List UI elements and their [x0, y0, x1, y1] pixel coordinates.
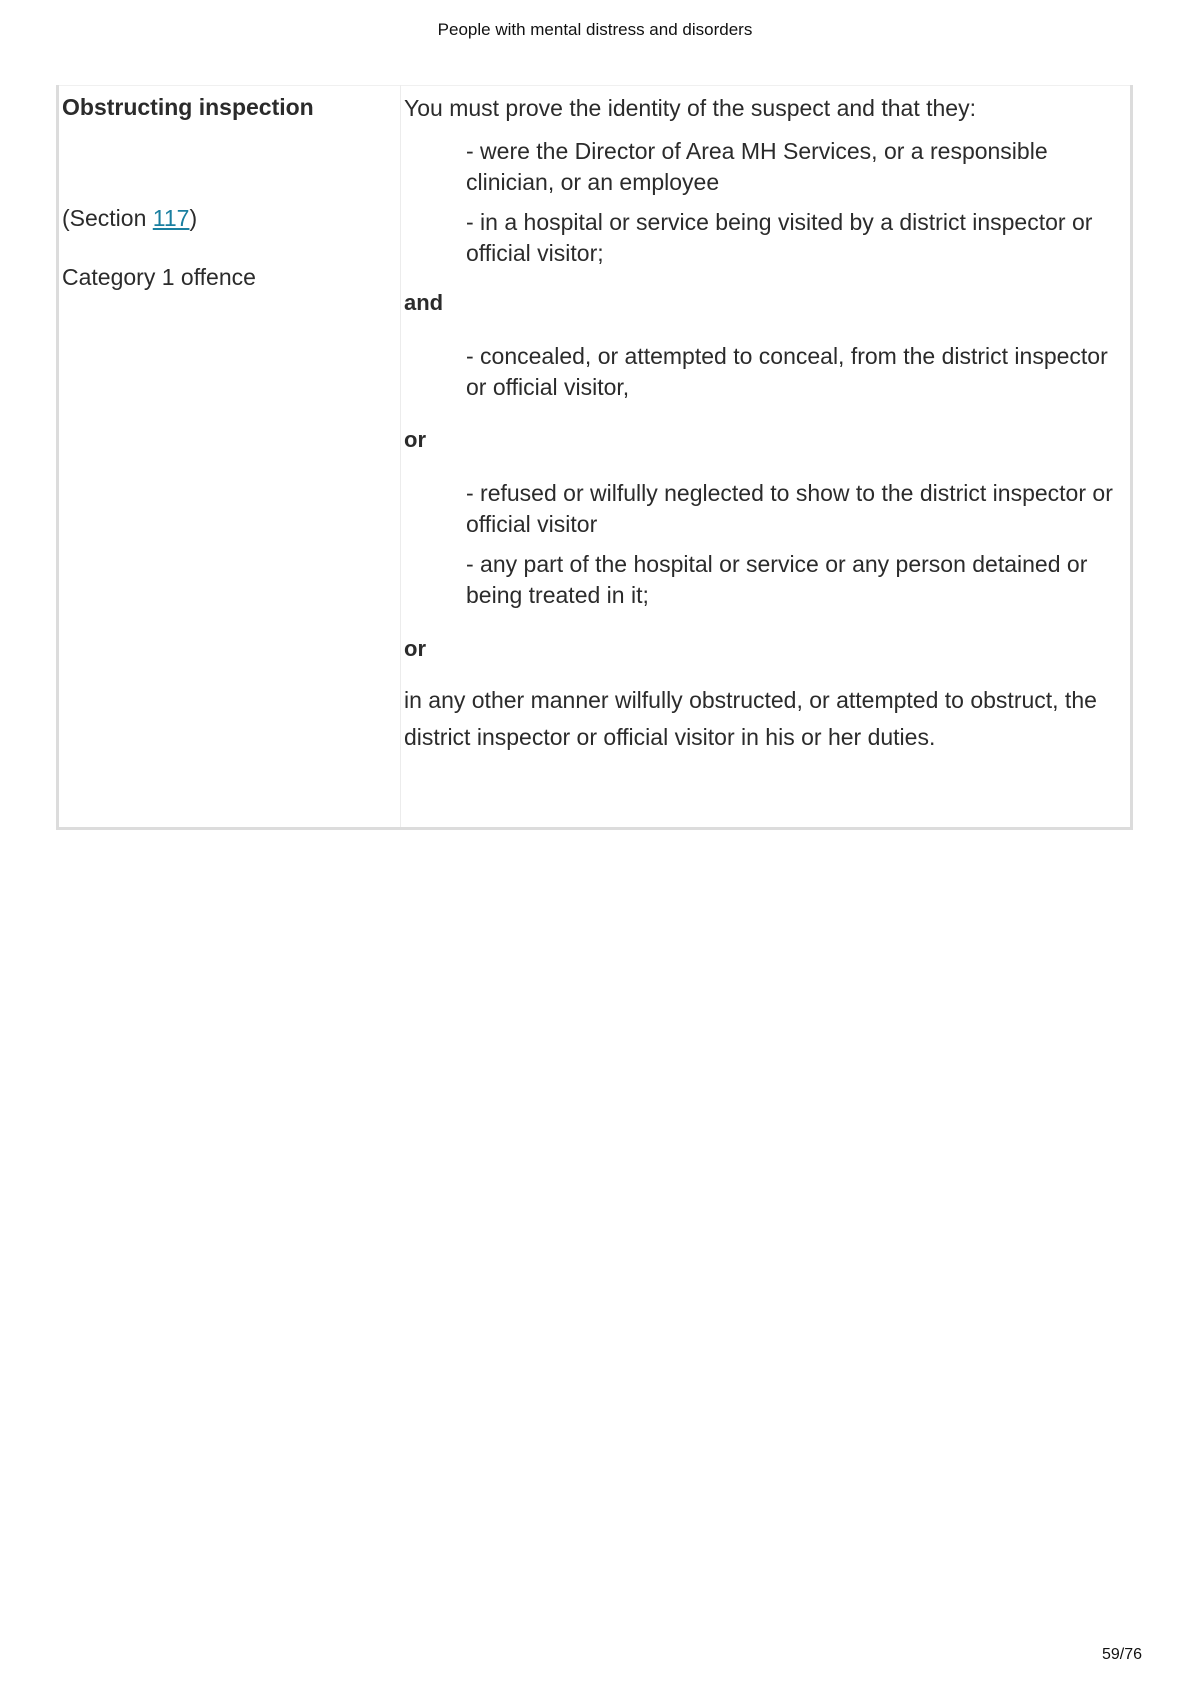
closing-element: in any other manner wilfully obstructed,… [404, 682, 1126, 756]
element-item: - were the Director of Area MH Services,… [466, 136, 1126, 198]
element-group-3: - refused or wilfully neglected to show … [466, 478, 1126, 611]
section-link[interactable]: 117 [153, 205, 190, 231]
offence-cell: Obstructing inspection (Section 117) Cat… [58, 86, 401, 829]
element-group-2: - concealed, or attempted to conceal, fr… [466, 341, 1126, 403]
element-group-1: - were the Director of Area MH Services,… [466, 136, 1126, 269]
conjunction-or: or [404, 636, 1126, 662]
offence-name: Obstructing inspection [62, 94, 400, 121]
element-item: - refused or wilfully neglected to show … [466, 478, 1126, 540]
conjunction-or: or [404, 427, 1126, 453]
page-number: 59/76 [1102, 1646, 1142, 1664]
elements-intro: You must prove the identity of the suspe… [404, 94, 1126, 124]
page-header-title: People with mental distress and disorder… [0, 20, 1190, 40]
section-suffix: ) [189, 205, 197, 231]
element-item: - concealed, or attempted to conceal, fr… [466, 341, 1126, 403]
section-prefix: (Section [62, 205, 153, 231]
elements-cell: You must prove the identity of the suspe… [401, 86, 1132, 829]
section-reference: (Section 117) [62, 205, 400, 232]
offence-category: Category 1 offence [62, 264, 400, 291]
conjunction-and: and [404, 290, 1126, 316]
table-row: Obstructing inspection (Section 117) Cat… [58, 86, 1132, 829]
element-item: - any part of the hospital or service or… [466, 549, 1126, 611]
element-item: - in a hospital or service being visited… [466, 207, 1126, 269]
offence-table: Obstructing inspection (Section 117) Cat… [56, 85, 1133, 830]
